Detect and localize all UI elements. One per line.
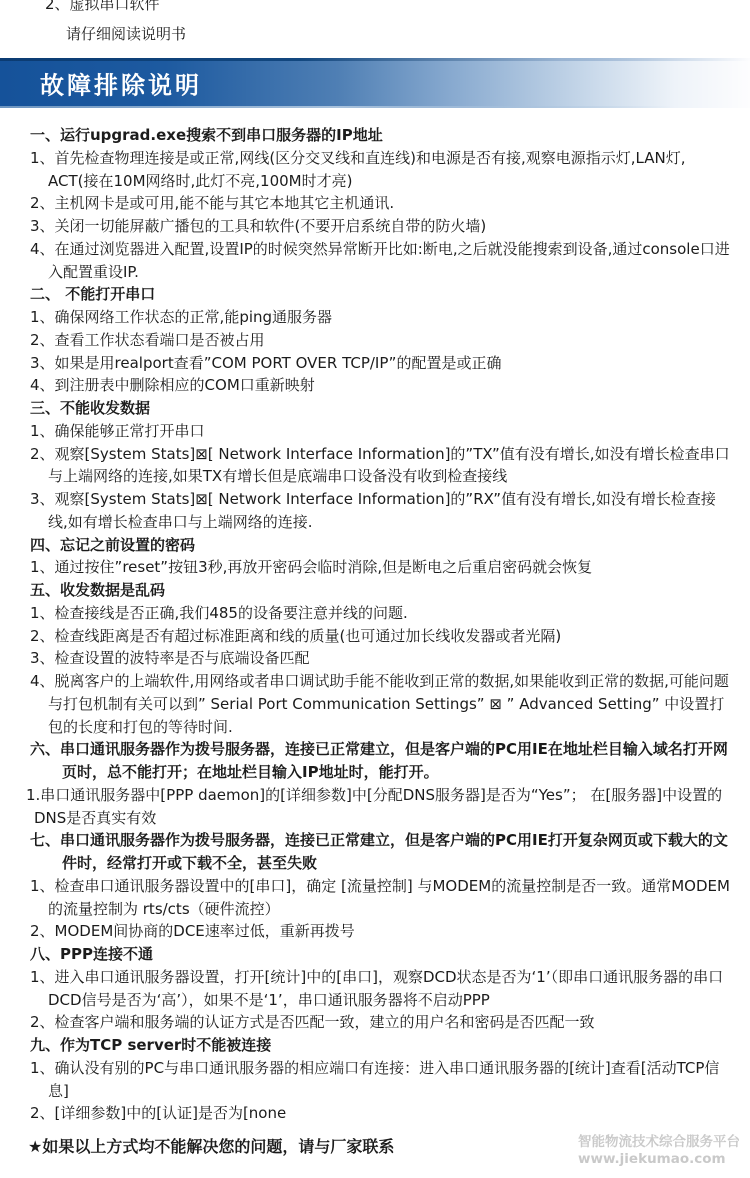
section-heading: 八、PPP连接不通 bbox=[0, 943, 735, 966]
list-item: 1、首先检查物理连接是或正常,网线(区分交叉线和直连线)和电源是否有接,观察电源… bbox=[0, 147, 735, 193]
list-item: 2、主机网卡是或可用,能不能与其它本地其它主机通讯. bbox=[0, 192, 735, 215]
list-item: 4、到注册表中删除相应的COM口重新映射 bbox=[0, 374, 735, 397]
banner-title: 故障排除说明 bbox=[40, 66, 202, 101]
list-item: 4、脱离客户的上端软件,用网络或者串口调试助手能不能收到正常的数据,如果能收到正… bbox=[0, 670, 735, 738]
section-heading: 五、收发数据是乱码 bbox=[0, 579, 735, 602]
list-item: 1、确保网络工作状态的正常,能ping通服务器 bbox=[0, 306, 735, 329]
list-item: 1、通过按住”reset”按钮3秒,再放开密码会临时消除,但是断电之后重启密码就… bbox=[0, 556, 735, 579]
list-item: 3、检查设置的波特率是否与底端设备匹配 bbox=[0, 647, 735, 670]
top-note-item: 2、虚拟串口软件 bbox=[45, 0, 750, 15]
top-note: 2、虚拟串口软件 请仔细阅读说明书 bbox=[0, 0, 750, 45]
section-banner: 故障排除说明 bbox=[0, 58, 750, 108]
list-item: 2、MODEM间协商的DCE速率过低，重新再拨号 bbox=[0, 920, 735, 943]
watermark: 智能物流技术综合服务平台 www.jiekumao.com bbox=[578, 1134, 740, 1168]
section-heading: 七、串口通讯服务器作为拨号服务器，连接已正常建立，但是客户端的PC用IE打开复杂… bbox=[0, 829, 735, 875]
watermark-line1: 智能物流技术综合服务平台 bbox=[578, 1134, 740, 1151]
list-item: 3、关闭一切能屏蔽广播包的工具和软件(不要开启系统自带的防火墙) bbox=[0, 215, 735, 238]
section-heading: 六、串口通讯服务器作为拨号服务器，连接已正常建立，但是客户端的PC用IE在地址栏… bbox=[0, 738, 735, 784]
list-item: 2、观察[System Stats]⊠[ Network Interface I… bbox=[0, 443, 735, 489]
list-item: 3、如果是用realport查看”COM PORT OVER TCP/IP”的配… bbox=[0, 352, 735, 375]
section-heading: 九、作为TCP server时不能被连接 bbox=[0, 1034, 735, 1057]
top-note-read-manual: 请仔细阅读说明书 bbox=[66, 23, 750, 45]
section-heading: 二、 不能打开串口 bbox=[0, 283, 735, 306]
section-heading: 一、运行upgrad.exe搜索不到串口服务器的IP地址 bbox=[0, 124, 735, 147]
list-item: 2、检查线距离是否有超过标准距离和线的质量(也可通过加长线收发器或者光隔) bbox=[0, 625, 735, 648]
list-item: 1、确保能够正常打开串口 bbox=[0, 420, 735, 443]
list-item: 1、检查串口通讯服务器设置中的[串口]，确定 [流量控制] 与MODEM的流量控… bbox=[0, 875, 735, 921]
troubleshooting-content: 一、运行upgrad.exe搜索不到串口服务器的IP地址1、首先检查物理连接是或… bbox=[0, 112, 735, 1159]
list-item: 2、查看工作状态看端口是否被占用 bbox=[0, 329, 735, 352]
watermark-line2: www.jiekumao.com bbox=[578, 1151, 740, 1168]
list-item: 2、[详细参数]中的[认证]是否为[none bbox=[0, 1102, 735, 1125]
document-page: 2、虚拟串口软件 请仔细阅读说明书 故障排除说明 一、运行upgrad.exe搜… bbox=[0, 0, 750, 1178]
list-item: 2、检查客户端和服务端的认证方式是否匹配一致，建立的用户名和密码是否匹配一致 bbox=[0, 1011, 735, 1034]
list-item: 1、进入串口通讯服务器设置，打开[统计]中的[串口]，观察DCD状态是否为‘1’… bbox=[0, 966, 735, 1012]
list-item: 3、观察[System Stats]⊠[ Network Interface I… bbox=[0, 488, 735, 534]
list-item: 4、在通过浏览器进入配置,设置IP的时候突然异常断开比如:断电,之后就没能搜索到… bbox=[0, 238, 735, 284]
section-heading: 三、不能收发数据 bbox=[0, 397, 735, 420]
list-item: 1、检查接线是否正确,我们485的设备要注意并线的问题. bbox=[0, 602, 735, 625]
list-item: 1.串口通讯服务器中[PPP daemon]的[详细参数]中[分配DNS服务器]… bbox=[0, 784, 735, 830]
list-item: 1、确认没有别的PC与串口通讯服务器的相应端口有连接：进入串口通讯服务器的[统计… bbox=[0, 1057, 735, 1103]
section-heading: 四、忘记之前设置的密码 bbox=[0, 534, 735, 557]
